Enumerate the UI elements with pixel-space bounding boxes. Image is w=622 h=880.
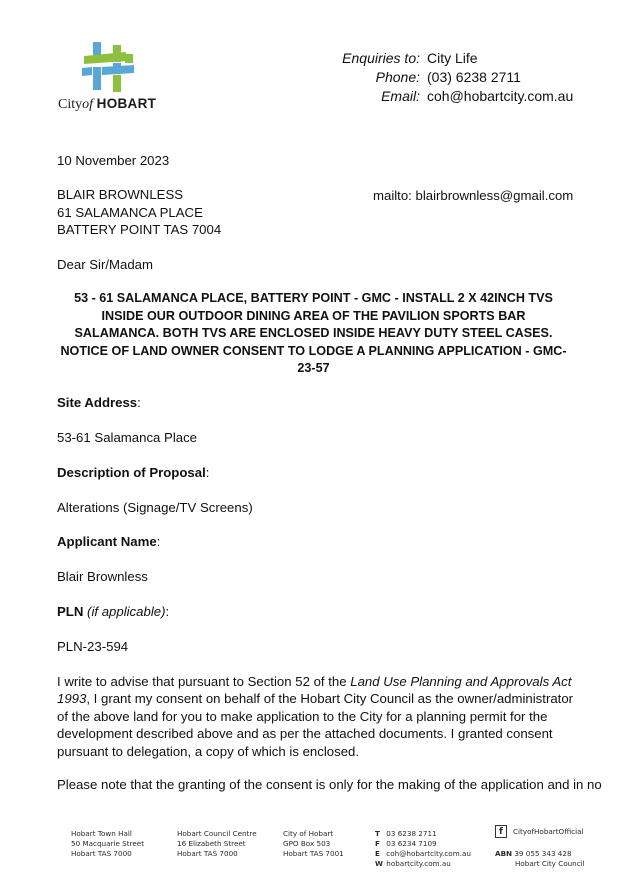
description-value: Alterations (Signage/TV Screens) [57, 499, 253, 517]
footer-abn: ABN 39 055 343 428 Hobart City Council [495, 849, 585, 869]
contact-key: T [375, 829, 384, 839]
pln-label: PLN (if applicable): [57, 603, 169, 621]
footer-website: W hobartcity.com.au [375, 859, 471, 869]
subject-line: INSIDE OUR OUTDOOR DINING AREA OF THE PA… [57, 308, 570, 326]
contact-value: 03 6234 7109 [386, 839, 436, 848]
subject-line: 23-57 [57, 360, 570, 378]
logo-wordmark: Cityof HOBART [58, 96, 156, 113]
consent-paragraph: I write to advise that pursuant to Secti… [57, 673, 577, 760]
subject-line: NOTICE OF LAND OWNER CONSENT TO LODGE A … [57, 343, 570, 361]
contact-key: E [375, 849, 384, 859]
footer-social[interactable]: f CityofHobartOfficial [495, 825, 584, 838]
footer-line: Hobart TAS 7000 [177, 849, 257, 859]
footer-contacts: T 03 6238 2711 F 03 6234 7109 E coh@hoba… [375, 829, 471, 869]
subject-line: 53 - 61 SALAMANCA PLACE, BATTERY POINT -… [57, 290, 570, 308]
enquiries-row: Enquiries to: City Life [300, 49, 600, 68]
footer-town-hall: Hobart Town Hall 50 Macquarie Street Hob… [71, 829, 144, 859]
paragraph-text: I write to advise that pursuant to Secti… [57, 674, 350, 689]
colon: : [137, 395, 141, 410]
footer-line: 50 Macquarie Street [71, 839, 144, 849]
footer-postal: City of Hobart GPO Box 503 Hobart TAS 70… [283, 829, 344, 859]
contact-value[interactable]: coh@hobartcity.com.au [386, 849, 471, 858]
recipient-name: BLAIR BROWNLESS [57, 186, 221, 204]
note-paragraph: Please note that the granting of the con… [57, 776, 587, 793]
colon: : [206, 465, 210, 480]
phone-row: Phone: (03) 6238 2711 [300, 68, 600, 87]
facebook-icon: f [495, 825, 507, 838]
footer-line: Hobart TAS 7000 [71, 849, 144, 859]
site-address-label-text: Site Address [57, 395, 137, 410]
email-value[interactable]: coh@hobartcity.com.au [427, 87, 573, 106]
description-label-text: Description of Proposal [57, 465, 206, 480]
email-row: Email: coh@hobartcity.com.au [300, 87, 600, 106]
email-label: Email: [300, 87, 427, 106]
salutation: Dear Sir/Madam [57, 256, 153, 274]
applicant-label-text: Applicant Name [57, 534, 157, 549]
phone-label: Phone: [300, 68, 427, 87]
city-of-hobart-logo: Cityof HOBART [58, 40, 168, 112]
paragraph-text: , I grant my consent on behalf of the Ho… [57, 691, 573, 758]
applicant-value: Blair Brownless [57, 568, 148, 586]
pln-qualifier: (if applicable) [87, 604, 165, 619]
contact-key: F [375, 839, 384, 849]
pln-label-text: PLN [57, 604, 83, 619]
enquiries-block: Enquiries to: City Life Phone: (03) 6238… [300, 49, 600, 106]
recipient-suburb: BATTERY POINT TAS 7004 [57, 221, 221, 239]
contact-value[interactable]: hobartcity.com.au [386, 859, 451, 868]
letter-subject: 53 - 61 SALAMANCA PLACE, BATTERY POINT -… [57, 290, 570, 378]
phone-value: (03) 6238 2711 [427, 68, 521, 87]
footer-council-centre: Hobart Council Centre 16 Elizabeth Stree… [177, 829, 257, 859]
footer-line: 16 Elizabeth Street [177, 839, 257, 849]
recipient-email-link[interactable]: mailto: blairbrownless@gmail.com [373, 187, 573, 205]
footer-fax: F 03 6234 7109 [375, 839, 471, 849]
abn-label: ABN [495, 849, 512, 858]
contact-value: 03 6238 2711 [386, 829, 436, 838]
site-address-label: Site Address: [57, 394, 141, 412]
abn-entity: Hobart City Council [495, 859, 585, 869]
letter-date: 10 November 2023 [57, 152, 169, 170]
contact-key: W [375, 859, 384, 869]
enquiries-label: Enquiries to: [300, 49, 427, 68]
hobart-hash-logo-icon [82, 42, 134, 92]
footer-line: Hobart Council Centre [177, 829, 257, 839]
recipient-address: BLAIR BROWNLESS 61 SALAMANCA PLACE BATTE… [57, 186, 221, 239]
colon: : [165, 604, 169, 619]
logo-city: City [58, 97, 82, 112]
description-label: Description of Proposal: [57, 464, 209, 482]
footer-line: Hobart Town Hall [71, 829, 144, 839]
footer-line: GPO Box 503 [283, 839, 344, 849]
footer-phone: T 03 6238 2711 [375, 829, 471, 839]
colon: : [157, 534, 161, 549]
logo-hobart: HOBART [97, 96, 157, 111]
abn-value: 39 055 343 428 [514, 849, 571, 858]
facebook-handle[interactable]: CityofHobartOfficial [513, 827, 584, 837]
recipient-street: 61 SALAMANCA PLACE [57, 204, 221, 222]
logo-of: of [82, 97, 93, 112]
abn-line: ABN 39 055 343 428 [495, 849, 585, 859]
enquiries-value: City Life [427, 49, 478, 68]
applicant-label: Applicant Name: [57, 533, 160, 551]
site-address-value: 53-61 Salamanca Place [57, 429, 197, 447]
pln-value: PLN-23-594 [57, 638, 128, 656]
footer-line: City of Hobart [283, 829, 344, 839]
subject-line: SALAMANCA. BOTH TVS ARE ENCLOSED INSIDE … [57, 325, 570, 343]
footer-email: E coh@hobartcity.com.au [375, 849, 471, 859]
footer-line: Hobart TAS 7001 [283, 849, 344, 859]
